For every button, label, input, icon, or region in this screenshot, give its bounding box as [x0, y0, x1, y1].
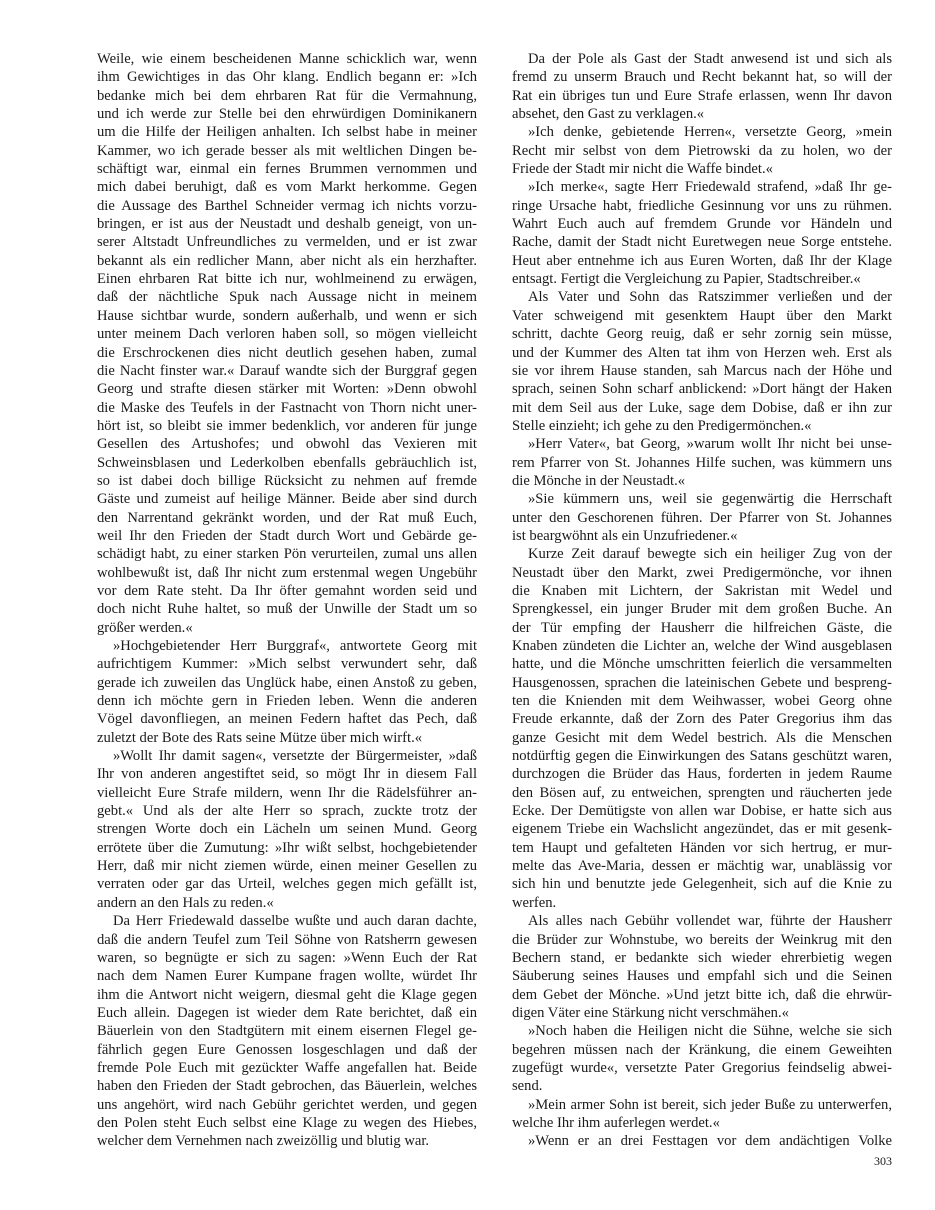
left-column: Weile, wie einem bescheidenen Manne schi…: [97, 50, 477, 1151]
text-line: gebt.« Und als der alte Herr so sprach, …: [97, 802, 477, 820]
text-line: um die Hilfe der Heiligen anhalten. Ich …: [97, 123, 477, 141]
text-line: Bechern stand, er bedankte sich wieder e…: [512, 949, 892, 967]
text-line: doch nicht Ruhe haltet, so muß der Unwil…: [97, 600, 477, 618]
text-line: fremd zu unserm Brauch und Recht bekannt…: [512, 68, 892, 86]
text-line: die Aussage des Barthel Schneider vermag…: [97, 197, 477, 215]
text-line: schäftigt war, einmal ein fernes Brummen…: [97, 160, 477, 178]
text-line: zugefügt wurde«, versetzte Pater Gregori…: [512, 1059, 892, 1077]
text-line: ist beargwöhnt als ein Unzufriedener.«: [512, 527, 892, 545]
text-line: bedanke mich bei dem ehrbaren Rat für di…: [97, 87, 477, 105]
text-line: vielleicht Eure Strafe mildern, wenn Ihr…: [97, 784, 477, 802]
text-line: andern an den Hals zu reden.«: [97, 894, 477, 912]
text-line: Sprengkessel, ein junger Bruder mit dem …: [512, 600, 892, 618]
text-line: strengen Worte doch ein Lächeln um seine…: [97, 820, 477, 838]
text-line: Säuberung seines Hauses und empfahl sich…: [512, 967, 892, 985]
text-line: aufrichtigem Kummer: »Mich selbst verwun…: [97, 655, 477, 673]
text-line: bringen, er ist aus der Neustadt und des…: [97, 215, 477, 233]
text-line: send.: [512, 1077, 892, 1095]
text-line: notdürftig gegen die Einwirkungen des Sa…: [512, 747, 892, 765]
text-line: und der Kummer des Alten tat ihm von Her…: [512, 344, 892, 362]
text-line: serer Altstadt Unfreundliches zu vermeld…: [97, 233, 477, 251]
text-line: die Brüder zur Wohnstube, wo bereits der…: [512, 931, 892, 949]
text-line: die Mönche in der Neustadt.«: [512, 472, 892, 490]
text-line: Kurze Zeit darauf bewegte sich ein heili…: [512, 545, 892, 563]
text-line: ihm die Antwort nicht weigern, diesmal g…: [97, 986, 477, 1004]
text-line: »Ich merke«, sagte Herr Friedewald straf…: [512, 178, 892, 196]
text-line: Wahrt Euch auch auf fremdem Grunde vor H…: [512, 215, 892, 233]
text-line: die Knaben mit Lichtern, der Sakristan m…: [512, 582, 892, 600]
text-line: waren, so begnügte er sich zu sagen: »We…: [97, 949, 477, 967]
text-line: haben den Frieden der Stadt gebrochen, d…: [97, 1077, 477, 1095]
text-line: der Tür empfing der Hausherr die hilfrei…: [512, 619, 892, 637]
text-line: Als alles nach Gebühr vollendet war, füh…: [512, 912, 892, 930]
text-line: begehren müssen nach der Kränkung, die e…: [512, 1041, 892, 1059]
text-line: digen Väter eine Stärkung nicht verschmä…: [512, 1004, 892, 1022]
text-line: Recht mir selbst von dem Pietrowski da z…: [512, 142, 892, 160]
text-line: »Sie kümmern uns, weil sie gegenwärtig d…: [512, 490, 892, 508]
text-line: hört ist, so bleibt sie immer bedenklich…: [97, 417, 477, 435]
text-line: »Hochgebietender Herr Burggraf«, antwort…: [97, 637, 477, 655]
text-line: »Wollt Ihr damit sagen«, versetzte der B…: [97, 747, 477, 765]
text-line: Freude erkannte, daß der Zorn des Pater …: [512, 710, 892, 728]
text-line: Friede der Stadt mir nicht die Waffe bin…: [512, 160, 892, 178]
text-line: Heut aber entnehme ich aus Euren Worten,…: [512, 252, 892, 270]
text-line: ganze Gesicht mit dem Wedel bestrich. Al…: [512, 729, 892, 747]
text-line: fremde Pole Euch mit gezückter Waffe ang…: [97, 1059, 477, 1077]
text-line: nach dem Namen Eurer Kumpane fragen woll…: [97, 967, 477, 985]
text-line: »Ich denke, gebietende Herren«, versetzt…: [512, 123, 892, 141]
text-line: Gesellen des Artushofes; und obwohl das …: [97, 435, 477, 453]
text-line: welche Ihr ihm auferlegen werdet.«: [512, 1114, 892, 1132]
text-line: Da der Pole als Gast der Stadt anwesend …: [512, 50, 892, 68]
text-line: schädigt habt, zu einer starken Pön veru…: [97, 545, 477, 563]
text-line: durchzogen die Brüder das Haus, forderte…: [512, 765, 892, 783]
text-line: »Herr Vater«, bat Georg, »warum wollt Ih…: [512, 435, 892, 453]
text-line: ihm Gewichtiges in das Ohr klang. Endlic…: [97, 68, 477, 86]
text-line: sich hin und benutzte jede Gelegenheit, …: [512, 875, 892, 893]
text-line: Stelle einzieht; ich gehe zu den Predige…: [512, 417, 892, 435]
text-line: größer werden.«: [97, 619, 477, 637]
text-line: die Maske des Teufels in der Fastnacht v…: [97, 399, 477, 417]
text-line: die Erschrockenen dies nicht deutlich ge…: [97, 344, 477, 362]
text-line: Einen ehrbaren Rat bitte ich nur, wohlme…: [97, 270, 477, 288]
text-line: »Noch haben die Heiligen nicht die Sühne…: [512, 1022, 892, 1040]
text-line: ten die Knienden mit dem Weihwasser, wob…: [512, 692, 892, 710]
text-line: vor dem Rate steht. Da Ihr öfter gemahnt…: [97, 582, 477, 600]
text-line: gerade ich zuweilen das Unglück habe, ei…: [97, 674, 477, 692]
text-line: zuletzt der Bote des Rats seine Mütze üb…: [97, 729, 477, 747]
text-line: tem Haupt und gefalteten Händen vor sich…: [512, 839, 892, 857]
text-line: weil Ihr den Frieden der Stadt durch Wor…: [97, 527, 477, 545]
text-line: fährlich gegen Eure Genossen losgeschlag…: [97, 1041, 477, 1059]
text-line: mit dem Seil aus der Luke, sage dem Dobi…: [512, 399, 892, 417]
text-line: »Wenn er an drei Festtagen vor dem andäc…: [512, 1132, 892, 1150]
text-line: Ihr von anderen angestiftet seid, so mög…: [97, 765, 477, 783]
text-line: Vater schweigend mit gesenktem Haupt übe…: [512, 307, 892, 325]
text-line: Euch allein. Dagegen ist wieder dem Rate…: [97, 1004, 477, 1022]
text-line: daß der nächtliche Spuk nach Aussage nic…: [97, 288, 477, 306]
text-line: errötete über die Zumutung: »Ihr wißt se…: [97, 839, 477, 857]
book-page: Weile, wie einem bescheidenen Manne schi…: [0, 0, 935, 1210]
text-line: und ich werde zur Stelle bei den ehrwürd…: [97, 105, 477, 123]
text-line: Rache, damit der Stadt nicht Euretwegen …: [512, 233, 892, 251]
text-line: dem Gebet der Mönche. »Und jetzt bitte i…: [512, 986, 892, 1004]
text-line: Da Herr Friedewald dasselbe wußte und au…: [97, 912, 477, 930]
text-line: absehet, den Gast zu verklagen.«: [512, 105, 892, 123]
text-line: Hausgenossen, sprachen die lateinischen …: [512, 674, 892, 692]
text-line: welcher dem Vernehmen nach zweizöllig un…: [97, 1132, 477, 1150]
text-line: Knaben zündeten die Lichter an, welche d…: [512, 637, 892, 655]
text-line: Vögel davonfliegen, an meinen Federn haf…: [97, 710, 477, 728]
text-line: werfen.: [512, 894, 892, 912]
text-line: denn ich möchte gern in Frieden leben. W…: [97, 692, 477, 710]
text-line: Als Vater und Sohn das Ratszimmer verlie…: [512, 288, 892, 306]
text-line: die Nacht finster war.« Darauf wandte si…: [97, 362, 477, 380]
text-line: den Narrentand gekränkt worden, und der …: [97, 509, 477, 527]
text-line: Georg und strafte diesen stärker mit Wor…: [97, 380, 477, 398]
text-line: bekannt als ein redlicher Mann, aber nic…: [97, 252, 477, 270]
text-line: sie vor ihrem Hause standen, sah Marcus …: [512, 362, 892, 380]
text-line: unter den Geschorenen führen. Der Pfarre…: [512, 509, 892, 527]
text-line: daß die andern Teufel zum Teil Söhne von…: [97, 931, 477, 949]
text-line: den Bösen auf, zu entweichen, sprengten …: [512, 784, 892, 802]
text-line: Herr, daß mir nicht ziemen würde, einen …: [97, 857, 477, 875]
text-line: Hause sichtbar wurde, sondern außerhalb,…: [97, 307, 477, 325]
text-line: rem Pfarrer von St. Johannes Hilfe suche…: [512, 454, 892, 472]
text-line: »Mein armer Sohn ist bereit, sich jeder …: [512, 1096, 892, 1114]
page-number: 303: [812, 1154, 892, 1169]
text-line: den Polen steht Euch selbst eine Klage z…: [97, 1114, 477, 1132]
text-line: eigenem Triebe ein Wachslicht angezündet…: [512, 820, 892, 838]
text-line: mich dabei beruhigt, daß es vom Markt he…: [97, 178, 477, 196]
text-line: so ist dabei doch billige Rücksicht zu n…: [97, 472, 477, 490]
text-line: Kammer, wo ich gerade besser als mit wel…: [97, 142, 477, 160]
text-line: Gäste und zumeist auf heilige Männer. Be…: [97, 490, 477, 508]
text-line: Bäuerlein von den Stadtgütern mit einem …: [97, 1022, 477, 1040]
right-column: Da der Pole als Gast der Stadt anwesend …: [512, 50, 892, 1151]
text-line: Schweinsblasen und Lederkolben ebenfalls…: [97, 454, 477, 472]
text-line: ringe Ursache habt, friedliche Gesinnung…: [512, 197, 892, 215]
text-line: schritt, dachte Georg reuig, daß er sehr…: [512, 325, 892, 343]
text-line: melte das Ave-Maria, dessen er mächtig w…: [512, 857, 892, 875]
text-line: uns angehört, wird nach Gebühr gerichtet…: [97, 1096, 477, 1114]
text-line: wohlbewußt ist, daß Ihr nicht zum ersten…: [97, 564, 477, 582]
text-line: Neustadt über den Markt, zwei Predigermö…: [512, 564, 892, 582]
text-line: unter meinem Dach verloren haben soll, s…: [97, 325, 477, 343]
text-line: verraten oder gar das Urteil, welches ge…: [97, 875, 477, 893]
text-line: sprach, seinen Sohn scharf anblickend: »…: [512, 380, 892, 398]
text-line: Ecke. Der Demütigste von allen war Dobis…: [512, 802, 892, 820]
text-line: entsagt. Fertigt die Vergleichung zu Pap…: [512, 270, 892, 288]
text-line: Rat ein übriges tun und Eure Strafe erla…: [512, 87, 892, 105]
text-line: hatte, und die Mönche umschritten feierl…: [512, 655, 892, 673]
text-line: Weile, wie einem bescheidenen Manne schi…: [97, 50, 477, 68]
